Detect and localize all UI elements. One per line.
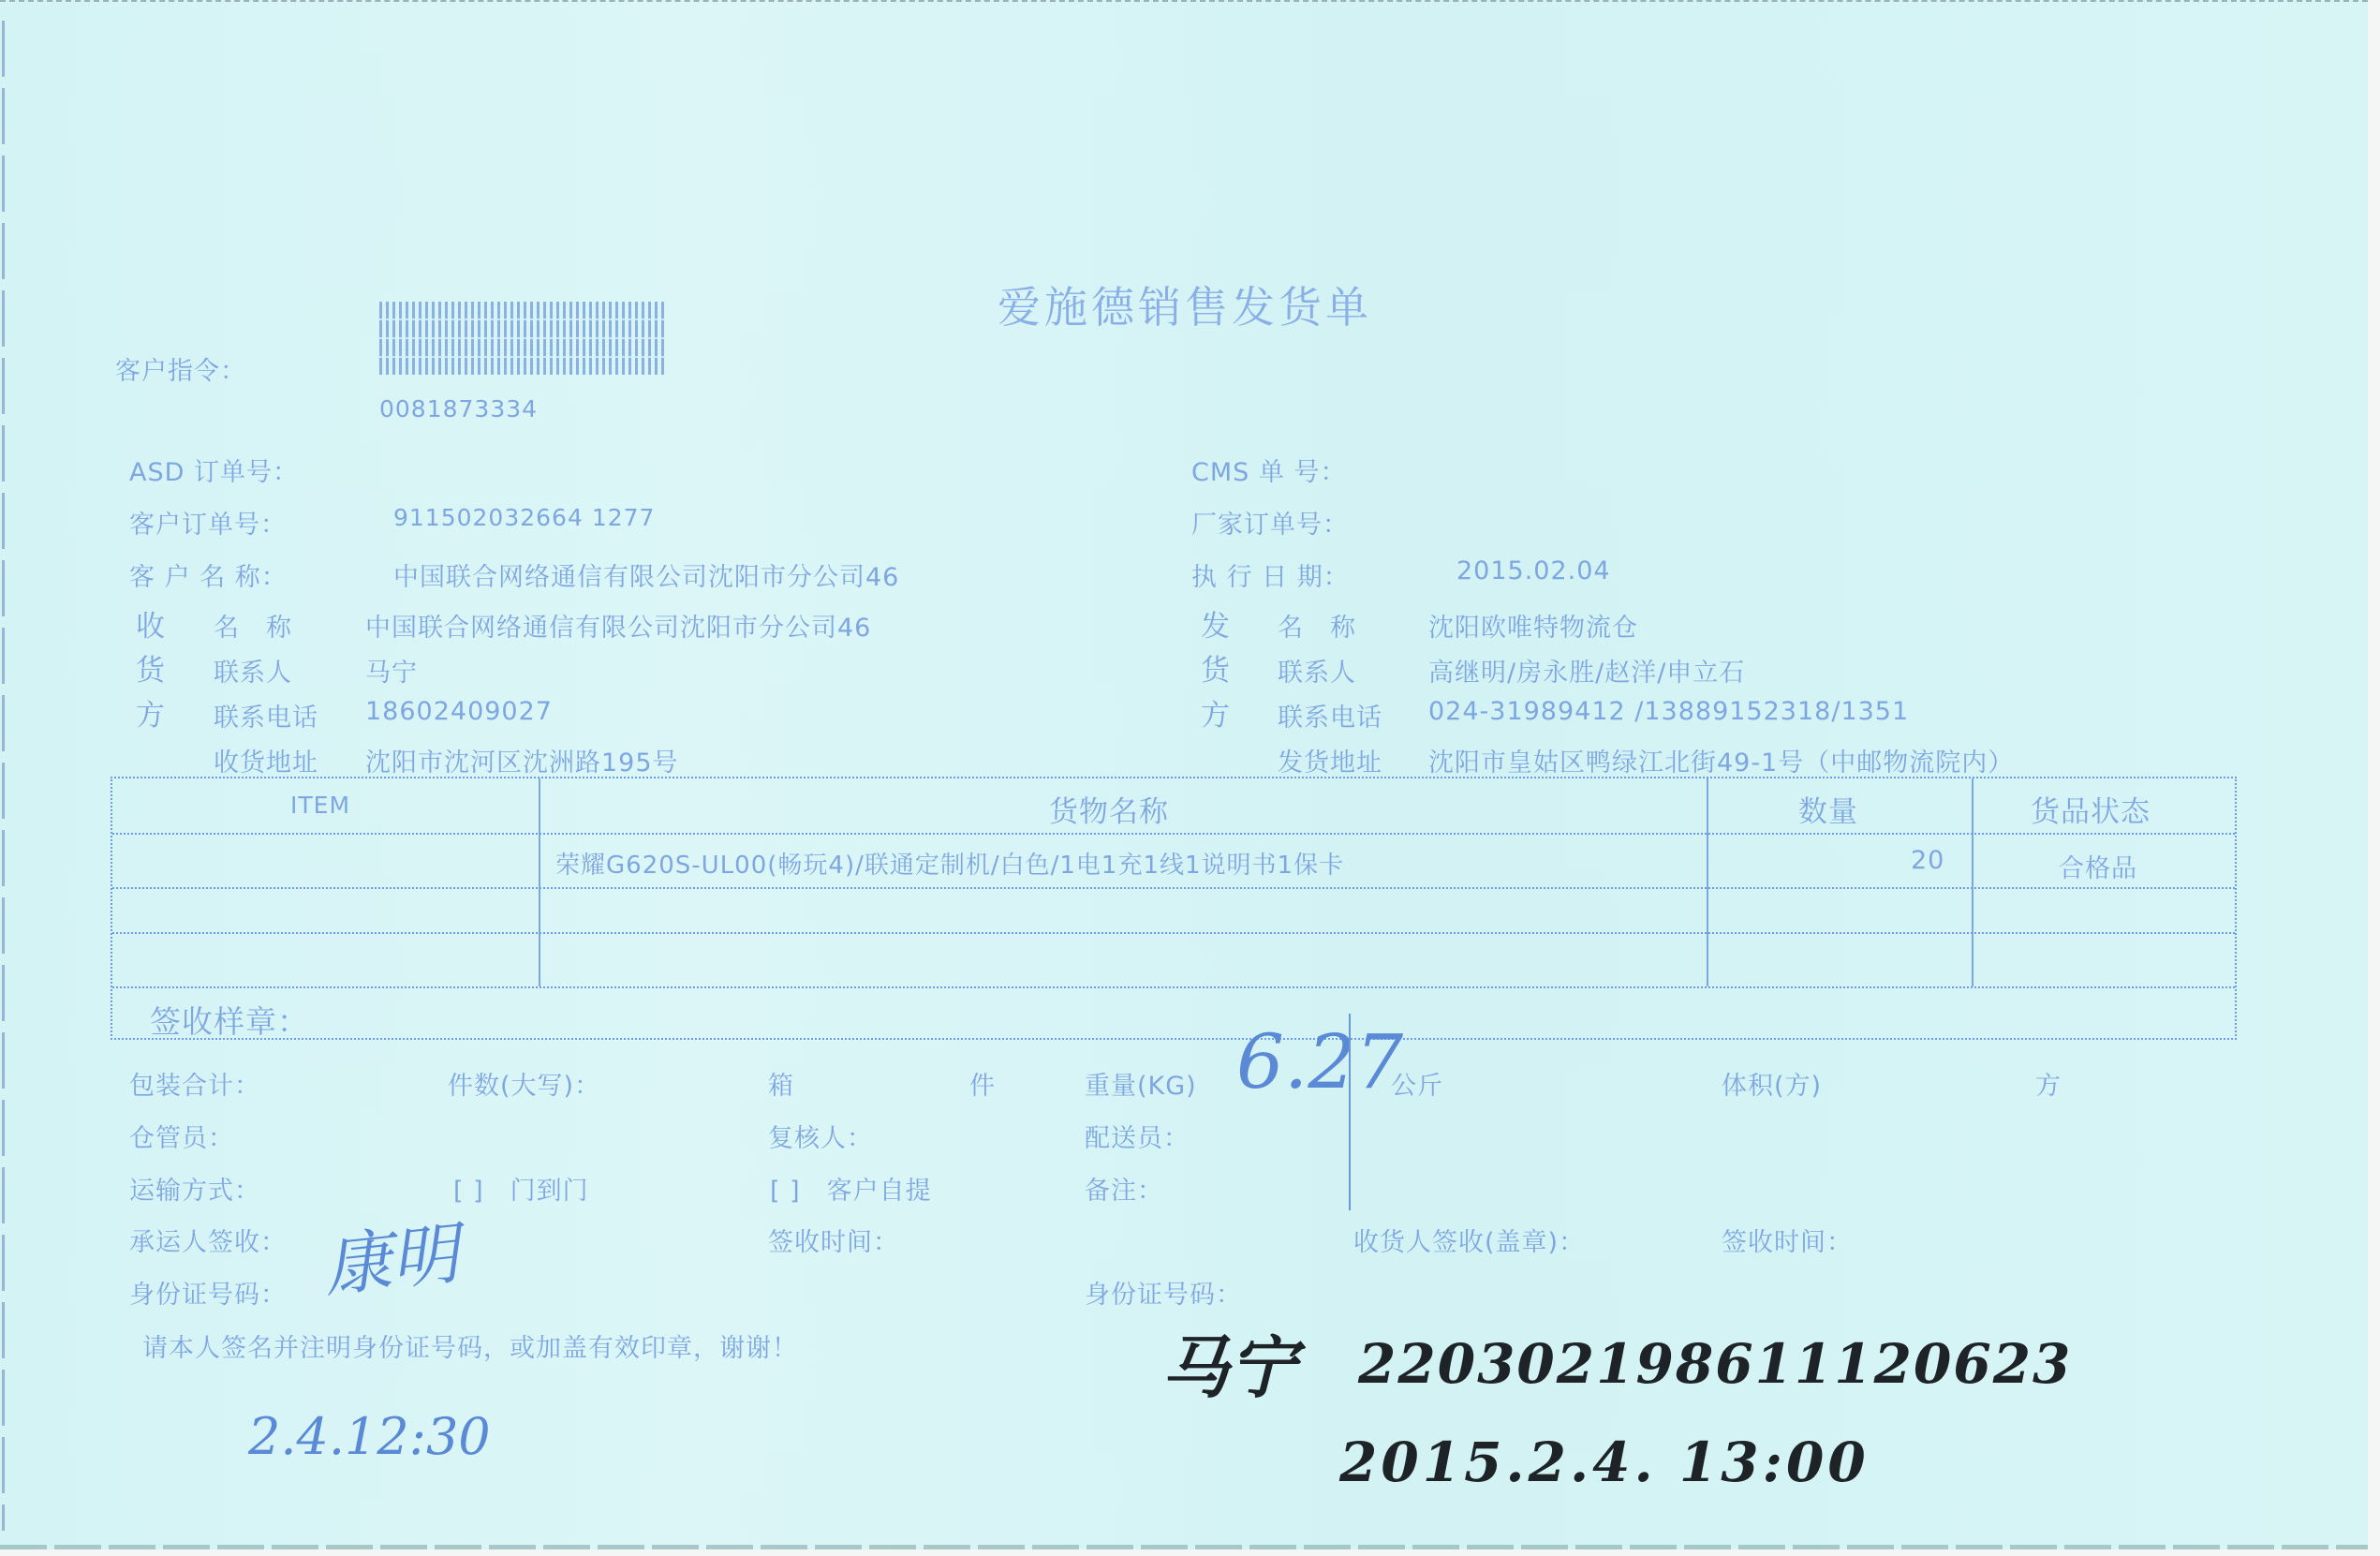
barcode-number: 0081873334 <box>379 395 538 422</box>
handwritten-stroke <box>1349 1014 1351 1210</box>
consignee-signature: 马宁 <box>1161 1313 1296 1411</box>
delivery-note-paper: 爱施德销售发货单 客户指令： 0081873334 ASD 订单号： 客户订单号… <box>0 0 2368 1549</box>
shipper-contact-label: 联系人 <box>1278 652 1356 689</box>
option-door-to-door[interactable]: [ ] 门到门 <box>453 1170 589 1207</box>
shipper-side-char-3: 方 <box>1201 691 1231 734</box>
box-label: 箱 <box>768 1065 794 1102</box>
shipper-side-char-1: 发 <box>1201 602 1231 645</box>
shipper-contact-value: 高继明/房永胜/赵洋/申立石 <box>1428 652 1745 689</box>
execution-date-value: 2015.02.04 <box>1456 556 1611 585</box>
customer-name-value: 中国联合网络通信有限公司沈阳市分公司46 <box>393 556 899 593</box>
signature-notice: 请本人签名并注明身份证号码，或加盖有效印章，谢谢！ <box>142 1327 798 1364</box>
shipper-name-value: 沈阳欧唯特物流仓 <box>1428 607 1638 644</box>
customer-order-value: 911502032664 1277 <box>393 504 655 531</box>
row1-status: 合格品 <box>2059 848 2137 884</box>
consignee-id-number: 220302198611120623 <box>1358 1332 2072 1396</box>
remarks-label: 备注： <box>1085 1170 1163 1207</box>
consignee-sign-label: 收货人签收(盖章)： <box>1353 1222 1585 1258</box>
option-customer-pickup[interactable]: [ ] 客户自提 <box>770 1170 932 1207</box>
weight-label: 重量(KG) <box>1085 1065 1197 1102</box>
id-number-label-left: 身份证号码： <box>129 1274 287 1311</box>
customer-instruction-label: 客户指令： <box>115 350 246 387</box>
warehouse-keeper-label: 仓管员： <box>129 1118 234 1154</box>
piece-label: 件 <box>969 1065 996 1102</box>
shipper-address-value: 沈阳市皇姑区鸭绿江北街49-1号（中邮物流院内） <box>1428 742 2014 778</box>
shipper-name-label: 名 称 <box>1278 607 1356 644</box>
volume-label: 体积(方) <box>1722 1065 1822 1102</box>
execution-date-label: 执 行 日 期： <box>1191 556 1350 593</box>
reviewer-label: 复核人： <box>768 1118 873 1154</box>
package-total-label: 包装合计： <box>129 1065 260 1102</box>
handwritten-weight: 6.27 <box>1236 1018 1403 1105</box>
row1-quantity: 20 <box>1911 846 1944 875</box>
transport-mode-label: 运输方式： <box>129 1170 260 1207</box>
asd-order-label: ASD 订单号： <box>129 452 299 488</box>
receiver-contact-label: 联系人 <box>214 652 292 689</box>
receiver-side-char-2: 货 <box>136 646 166 689</box>
dispatcher-label: 配送员： <box>1085 1118 1190 1154</box>
document-title: 爱施德销售发货单 <box>998 274 1372 335</box>
header-item: ITEM <box>290 792 350 819</box>
cms-number-label: CMS 单 号： <box>1191 452 1346 488</box>
bottom-tear-edge <box>0 1545 2368 1549</box>
receiver-phone-value: 18602409027 <box>365 697 553 726</box>
header-goods-status: 货品状态 <box>2031 788 2151 830</box>
shipper-phone-label: 联系电话 <box>1278 697 1382 734</box>
header-quantity: 数量 <box>1798 788 1858 830</box>
shipper-phone-value: 024-31989412 /13889152318/1351 <box>1428 697 1909 726</box>
shipper-address-label: 发货地址 <box>1278 742 1382 778</box>
id-number-label-right: 身份证号码： <box>1085 1274 1242 1311</box>
perforation-edge <box>2 21 5 1531</box>
receiver-name-label: 名 称 <box>214 607 292 644</box>
shipper-side-char-2: 货 <box>1201 646 1231 689</box>
sign-time-label: 签收时间： <box>768 1222 899 1258</box>
barcode-icon <box>379 302 665 375</box>
carrier-handwritten-time: 2.4.12:30 <box>248 1407 491 1466</box>
receiver-side-char-3: 方 <box>136 691 166 734</box>
receiver-contact-value: 马宁 <box>365 652 418 689</box>
carrier-signature: 康明 <box>318 1199 463 1310</box>
customer-name-label: 客 户 名 称： <box>129 556 288 593</box>
consignee-sign-time-label: 签收时间： <box>1722 1222 1853 1258</box>
receiver-address-value: 沈阳市沈河区沈洲路195号 <box>365 742 679 778</box>
customer-order-label: 客户订单号： <box>129 504 287 541</box>
receiver-phone-label: 联系电话 <box>214 697 318 734</box>
goods-table: ITEM 货物名称 数量 货品状态 荣耀G620S-UL00(畅玩4)/联通定制… <box>111 777 2237 1040</box>
carrier-sign-label: 承运人签收： <box>129 1222 287 1258</box>
header-goods-name: 货物名称 <box>1049 788 1169 830</box>
receiver-address-label: 收货地址 <box>214 742 318 778</box>
consignee-handwritten-time: 2015.2.4. 13:00 <box>1339 1430 1870 1494</box>
manufacturer-order-label: 厂家订单号： <box>1191 504 1349 541</box>
volume-unit: 方 <box>2035 1065 2062 1102</box>
receiver-name-value: 中国联合网络通信有限公司沈阳市分公司46 <box>365 607 871 644</box>
pieces-caps-label: 件数(大写)： <box>448 1065 600 1102</box>
receiver-side-char-1: 收 <box>136 602 166 645</box>
row1-goods-name: 荣耀G620S-UL00(畅玩4)/联通定制机/白色/1电1充1线1说明书1保卡 <box>555 846 1344 881</box>
stamp-label: 签收样章： <box>150 998 309 1042</box>
